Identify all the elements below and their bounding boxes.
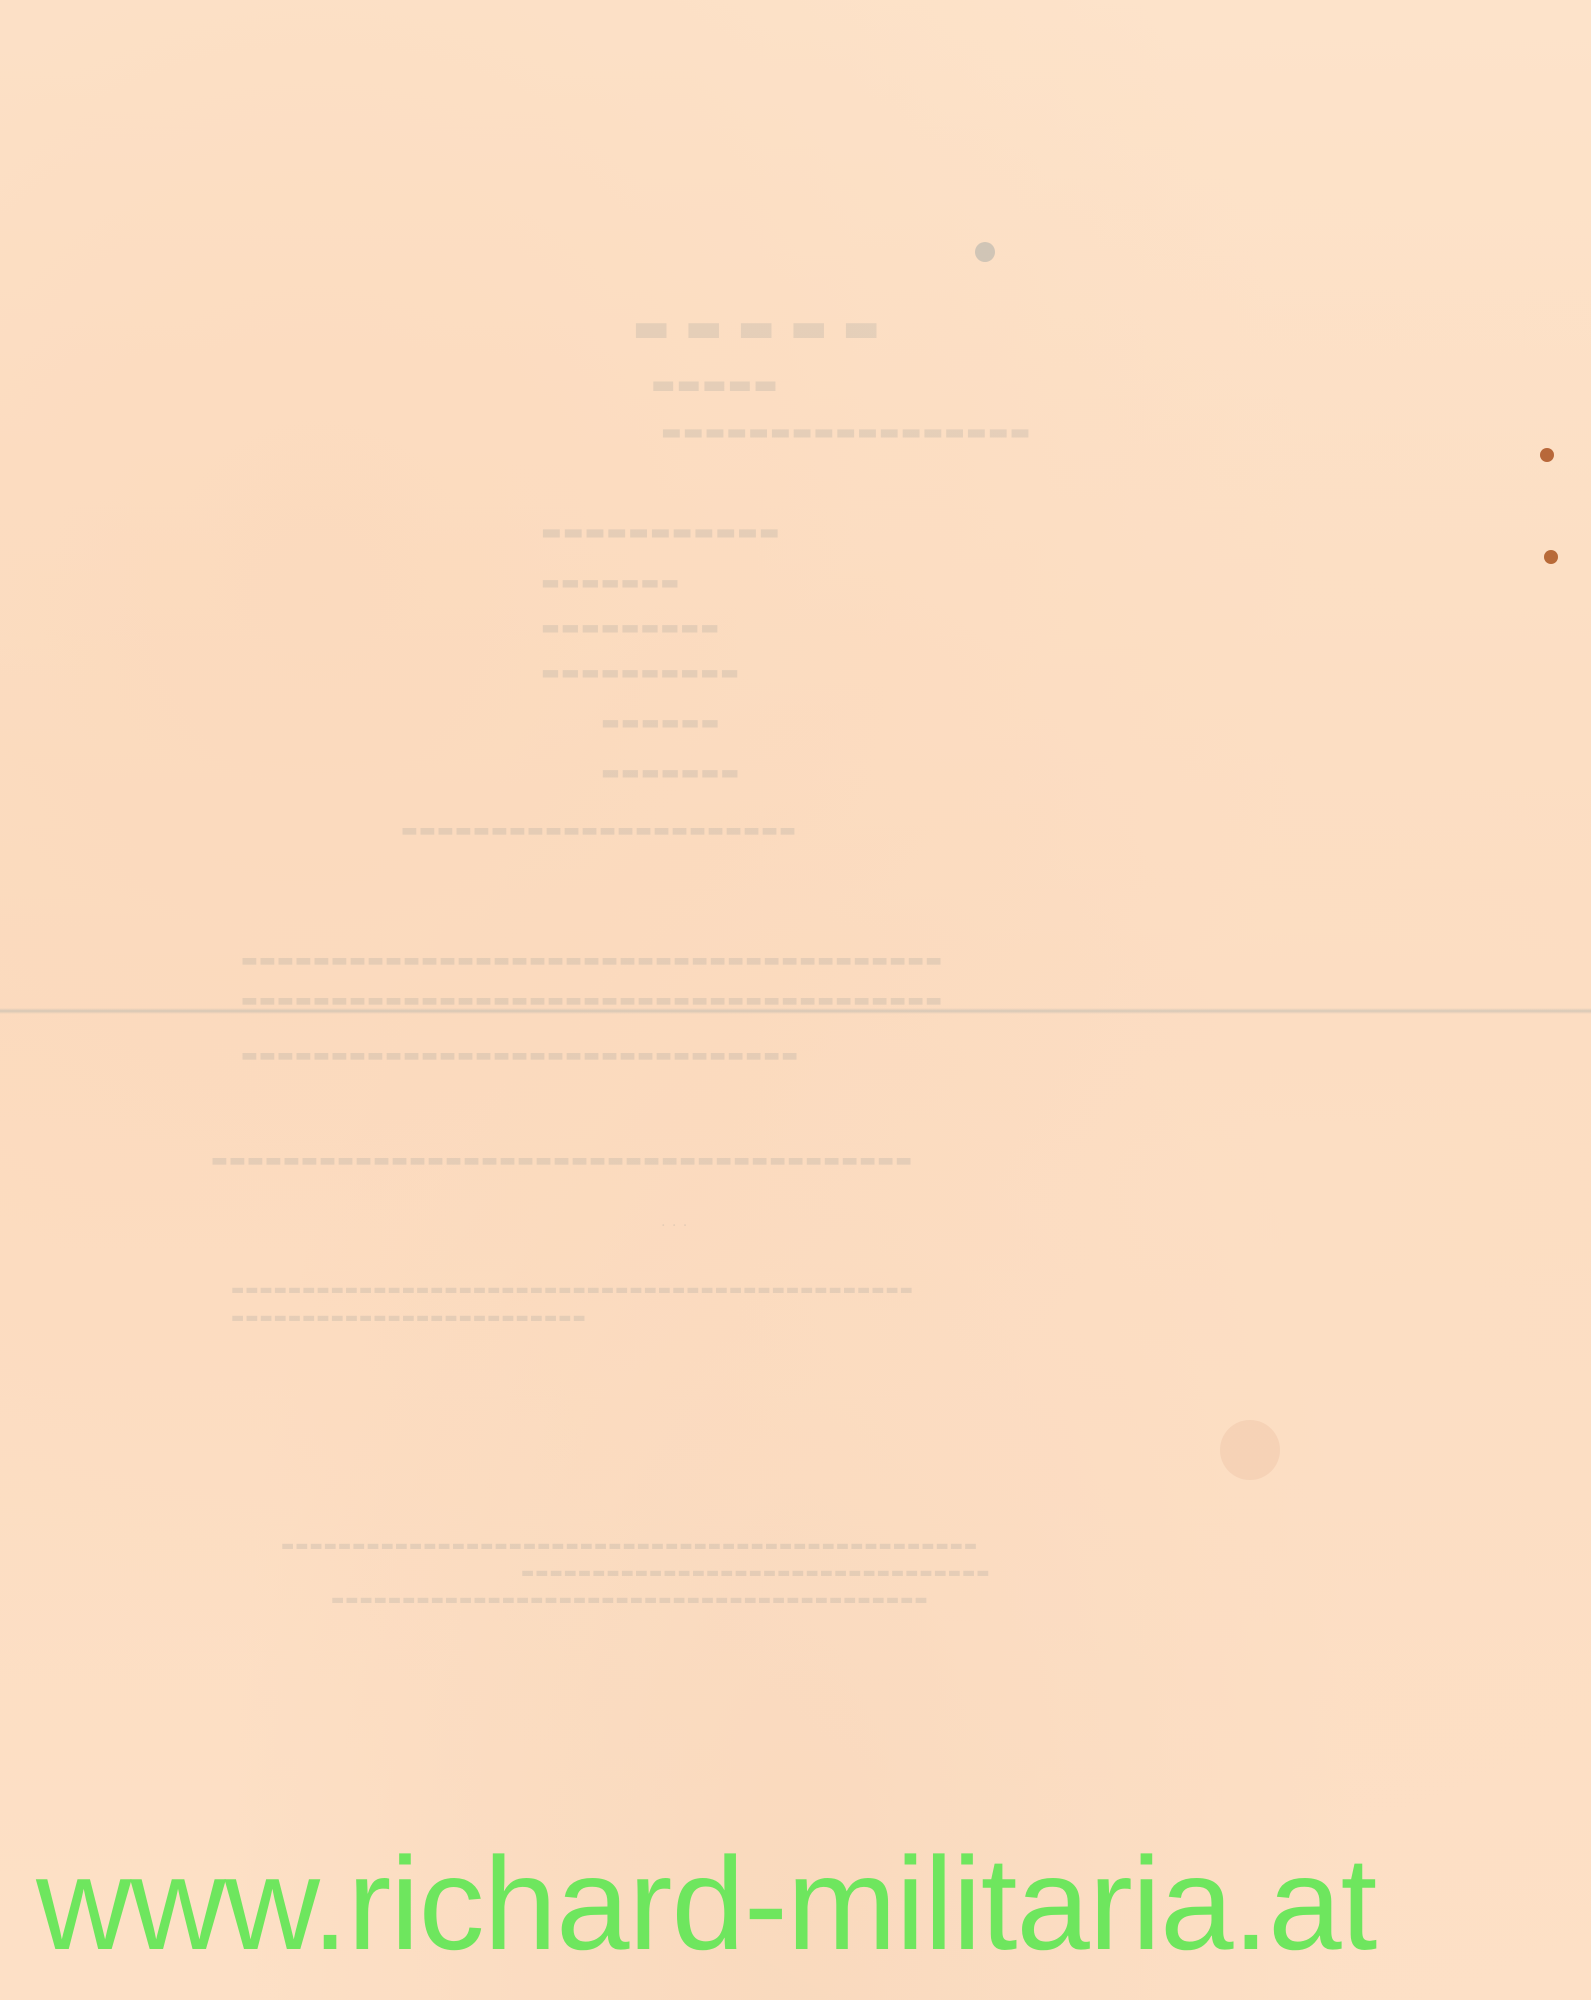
ghost-line: ▬▬▬▬▬▬▬▬▬▬▬▬▬▬▬▬▬ bbox=[660, 420, 1030, 445]
ghost-line: ▬▬▬▬▬▬▬ bbox=[600, 760, 739, 784]
ghost-line: ▬▬▬▬▬▬▬▬▬▬▬▬▬▬▬▬▬▬▬▬▬▬▬▬▬▬▬▬▬▬▬▬▬▬▬▬▬▬▬▬… bbox=[330, 1592, 928, 1608]
ghost-line: ▬▬▬▬▬▬▬▬▬▬ bbox=[540, 660, 739, 684]
ghost-line: ▬▬▬▬▬▬▬▬▬▬▬ bbox=[540, 520, 780, 545]
watermark-url: www.richard-militaria.at bbox=[36, 1838, 1376, 1970]
ghost-line: ▬▬▬▬▬▬▬▬▬▬▬▬▬▬▬▬▬▬▬▬▬▬▬▬▬▬▬▬▬▬▬▬▬▬▬▬▬▬▬▬… bbox=[230, 1282, 913, 1298]
ghost-line: ▬▬▬▬▬▬▬▬▬ bbox=[540, 615, 719, 639]
stain-spot bbox=[1220, 1420, 1280, 1480]
ghost-line: ▬▬▬▬▬▬▬▬▬▬▬▬▬▬▬▬▬▬▬▬▬▬▬▬▬ bbox=[230, 1310, 586, 1326]
ghost-line: ▬▬▬▬▬▬▬▬▬▬▬▬▬▬▬▬▬▬▬▬▬▬▬▬▬▬▬▬▬▬▬▬▬▬▬▬▬▬▬▬… bbox=[280, 1538, 977, 1554]
ghost-line: ▬▬▬▬▬▬ bbox=[600, 710, 719, 734]
ghost-line: ▬▬▬▬▬ bbox=[650, 370, 778, 400]
ghost-line: ▬▬▬▬▬▬▬▬▬▬▬▬▬▬▬▬▬▬▬▬▬▬▬▬▬▬▬▬▬▬▬ bbox=[240, 1045, 798, 1066]
stain-spot bbox=[975, 242, 995, 262]
binding-hole-bottom bbox=[1544, 550, 1558, 564]
ghost-line: ▬▬▬▬▬▬▬▬▬▬▬▬▬▬▬▬▬▬▬▬▬▬▬▬▬▬▬▬▬▬▬▬▬▬▬▬▬▬▬ bbox=[210, 1150, 912, 1171]
binding-hole-top bbox=[1540, 448, 1554, 462]
fold-line bbox=[0, 1008, 1591, 1014]
ghost-line: · · · bbox=[660, 1218, 687, 1234]
ghost-line: ▬▬▬▬▬▬▬ bbox=[540, 570, 679, 594]
ghost-line: ▬▬▬▬▬▬▬▬▬▬▬▬▬▬▬▬▬▬▬▬▬▬▬▬▬▬▬▬▬▬▬▬▬ bbox=[520, 1565, 990, 1581]
ghost-line: ▬▬▬▬▬▬▬▬▬▬▬▬▬▬▬▬▬▬▬▬▬▬▬▬▬▬▬▬▬▬▬▬▬▬▬▬▬▬▬ bbox=[240, 950, 942, 971]
ghost-heading: ▬ ▬ ▬ ▬ ▬ bbox=[620, 305, 880, 349]
ghost-line: ▬▬▬▬▬▬▬▬▬▬▬▬▬▬▬▬▬▬▬▬▬▬ bbox=[400, 820, 796, 841]
